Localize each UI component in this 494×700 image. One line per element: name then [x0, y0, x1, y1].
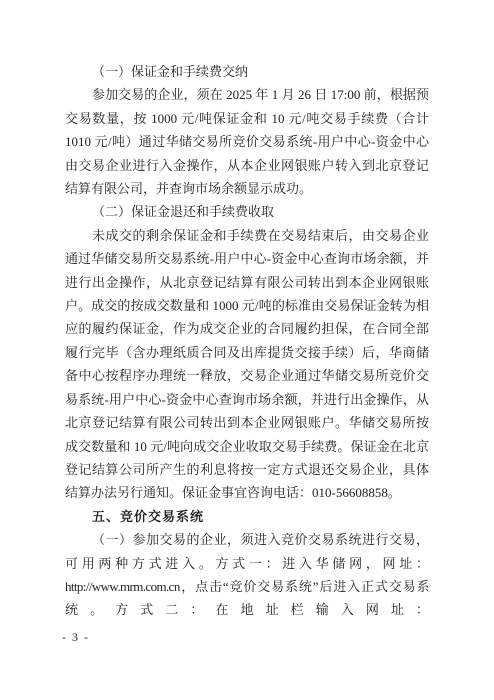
section-heading: 五、竞价交易系统	[65, 505, 429, 528]
document-line: 1010 元/吨）通过华储交易所竞价交易系统-用户中心-资金中心	[65, 130, 429, 153]
document-page: （一）保证金和手续费交纳 参加交易的企业，须在 2025 年 1 月 26 日 …	[0, 0, 494, 700]
subsection-heading-2: （二）保证金退还和手续费收取	[65, 200, 429, 223]
page-number: - 3 -	[62, 630, 90, 645]
document-line-url: http://www.mrm.com.cn，点击“竞价交易系统”后进入正式交易系	[65, 575, 429, 598]
document-line: 结算有限公司，并查询市场余额显示成功。	[65, 177, 429, 200]
document-line: 户。成交的按成交数量和 1000 元/吨的标准由交易保证金转为相	[65, 294, 429, 317]
subsection-heading-1: （一）保证金和手续费交纳	[65, 60, 429, 83]
document-line: 可用两种方式进入。方式一：进入华储网，网址：	[65, 552, 429, 575]
document-line: 应的履约保证金，作为成交企业的合同履约担保，在合同全部	[65, 317, 429, 340]
document-line: （一）参加交易的企业，须进入竞价交易系统进行交易，	[65, 528, 429, 551]
document-line: 未成交的剩余保证金和手续费在交易结束后，由交易企业	[65, 224, 429, 247]
document-line: 统。方式二：在地址栏输入网址：	[65, 598, 429, 621]
document-line: 履行完毕（含办理纸质合同及出库提货交接手续）后，华商储	[65, 341, 429, 364]
document-line: 由交易企业进行入金操作，从本企业网银账户转入到北京登记	[65, 154, 429, 177]
document-line: 成交数量和 10 元/吨向成交企业收取交易手续费。保证金在北京	[65, 435, 429, 458]
document-line: 北京登记结算有限公司转出到本企业网银账户。华储交易所按	[65, 411, 429, 434]
document-body: （一）保证金和手续费交纳 参加交易的企业，须在 2025 年 1 月 26 日 …	[65, 60, 429, 622]
document-line: 参加交易的企业，须在 2025 年 1 月 26 日 17:00 前，根据预	[65, 83, 429, 106]
document-line: 登记结算公司所产生的利息将按一定方式退还交易企业，具体	[65, 458, 429, 481]
document-line: 交易数量，按 1000 元/吨保证金和 10 元/吨交易手续费（合计	[65, 107, 429, 130]
document-line: 结算办法另行通知。保证金事宜咨询电话：010-56608858。	[65, 481, 429, 504]
document-line: 易系统-用户中心-资金中心查询市场余额，并进行出金操作，从	[65, 388, 429, 411]
document-line: 进行出金操作，从北京登记结算有限公司转出到本企业网银账	[65, 271, 429, 294]
document-line: 通过华储交易所交易系统-用户中心-资金中心查询市场余额，并	[65, 247, 429, 270]
document-line: 备中心按程序办理统一释放，交易企业通过华储交易所竞价交	[65, 364, 429, 387]
